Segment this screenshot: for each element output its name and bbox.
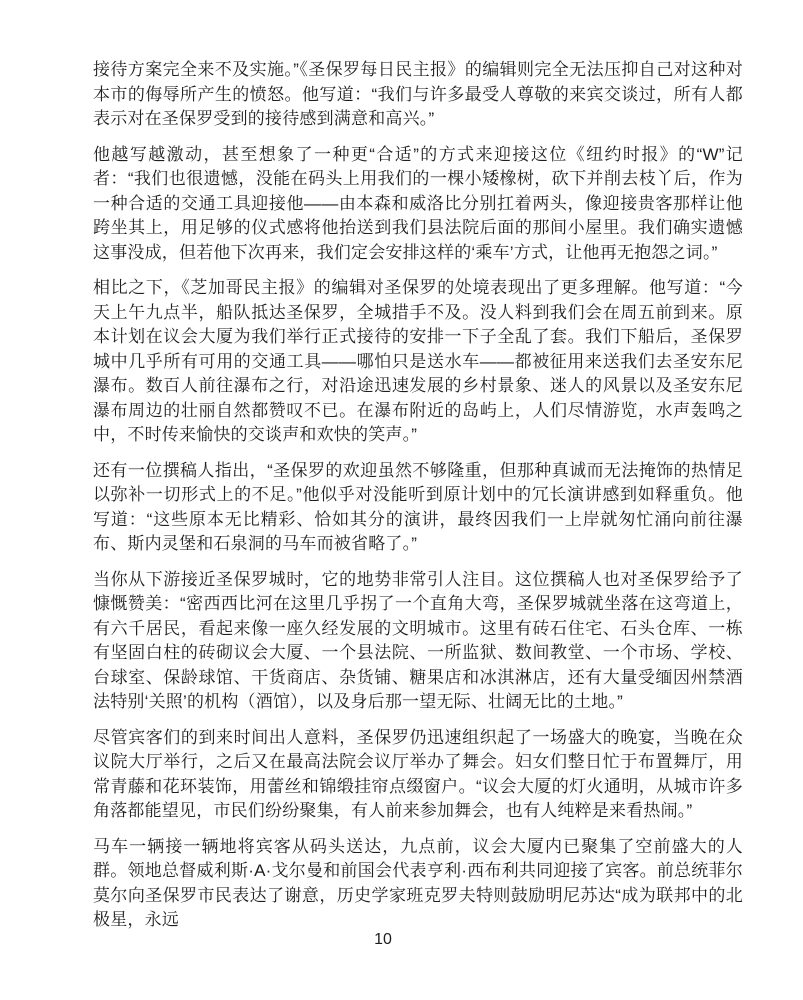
paragraph-4: 还有一位撰稿人指出，“圣保罗的欢迎虽然不够隆重，但那种真诚而无法掩饰的热情足以弥…: [93, 459, 743, 557]
paragraph-2: 他越写越激动，甚至想象了一种更“合适”的方式来迎接这位《纽约时报》的“W”记者：…: [93, 143, 743, 266]
paragraph-5: 当你从下游接近圣保罗城时，它的地势非常引人注目。这位撰稿人也对圣保罗给予了慷慨赞…: [93, 568, 743, 715]
paragraph-7: 马车一辆接一辆地将宾客从码头送达，九点前，议会大厦内已聚集了空前盛大的人群。领地…: [93, 835, 743, 933]
paragraph-1: 接待方案完全来不及实施。”《圣保罗每日民主报》的编辑则完全无法压抑自己对这种对本…: [93, 58, 743, 132]
text-content: 接待方案完全来不及实施。”《圣保罗每日民主报》的编辑则完全无法压抑自己对这种对本…: [93, 58, 743, 944]
paragraph-6: 尽管宾客们的到来时间出人意料，圣保罗仍迅速组织起了一场盛大的晚宴，当晚在众议院大…: [93, 726, 743, 824]
paragraph-3: 相比之下，《芝加哥民主报》的编辑对圣保罗的处境表现出了更多理解。他写道：“今天上…: [93, 276, 743, 448]
document-page: 接待方案完全来不及实施。”《圣保罗每日民主报》的编辑则完全无法压抑自己对这种对本…: [0, 0, 803, 1000]
page-number: 10: [343, 931, 423, 949]
